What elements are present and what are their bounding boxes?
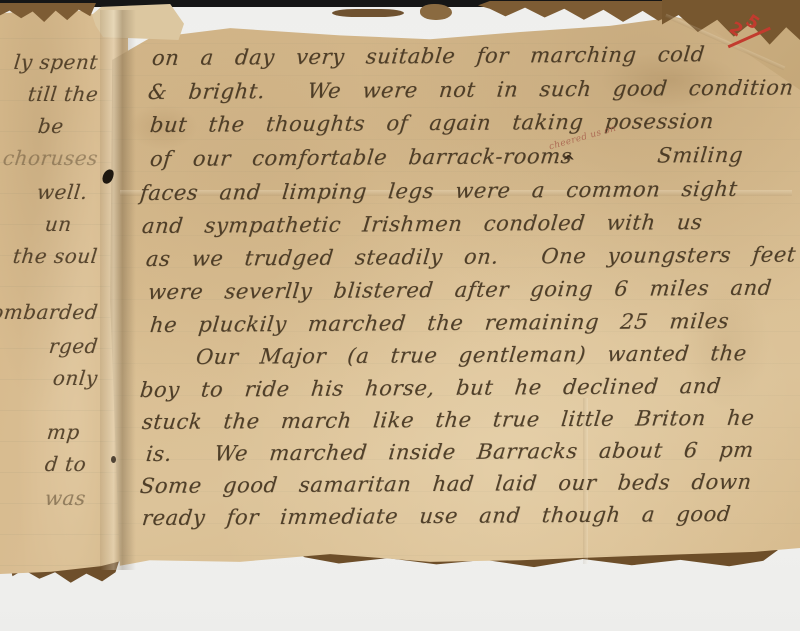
left-page-fragment: well. (36, 180, 89, 204)
left-page-fragment: d to (43, 452, 87, 476)
torn-scrap-top-blob (420, 4, 452, 20)
red-page-number-digit: 5 (742, 11, 763, 34)
left-page-fragment: choruses (2, 146, 99, 170)
left-page-fragment: ly spent (13, 50, 99, 74)
scanned-diary-page: on a day very suitable for marching cold… (0, 0, 800, 631)
handwritten-line: ready for immediate use and though a goo… (141, 502, 732, 530)
handwritten-line: were severlly blistered after going 6 mi… (147, 276, 773, 304)
left-page-fragment: till the (26, 82, 99, 106)
folded-corner-scrap (92, 4, 184, 40)
handwritten-line: and sympathetic Irishmen condoled with u… (141, 210, 704, 238)
handwritten-line: but the thoughts of again taking posessi… (149, 109, 715, 137)
handwritten-line: Our Major (a true gentleman) wanted the (195, 341, 748, 369)
torn-scrap-top-mid (332, 9, 404, 17)
left-page-fragment: mp (46, 420, 81, 444)
ink-speck (111, 456, 116, 463)
handwritten-line: he pluckily marched the remaining 25 mil… (149, 309, 731, 337)
handwritten-line: faces and limping legs were a common sig… (139, 177, 739, 205)
handwritten-line: as we trudged steadily on. One youngster… (145, 242, 797, 271)
left-page-fragment: only (52, 366, 99, 390)
left-page-fragment: the soul (12, 244, 99, 268)
handwritten-line: on a day very suitable for marching cold (151, 42, 706, 70)
left-page-fragment: rged (48, 334, 100, 358)
handwritten-line: & bright. We were not in such good condi… (147, 75, 795, 104)
handwritten-line: is. We marched inside Barracks about 6 p… (145, 438, 755, 466)
torn-scrap-top-row (478, 1, 674, 23)
left-page-fragment: bombarded (0, 300, 99, 324)
left-page-fragment: was (44, 486, 87, 510)
red-page-number-digit: 2 (725, 18, 746, 41)
insertion-caret-icon: ^ (562, 152, 575, 171)
left-page-fragment: un (44, 212, 73, 236)
left-page-fragment: be (37, 114, 65, 138)
handwritten-line: of our comfortable barrack-rooms Smiling (149, 143, 744, 171)
handwritten-line: boy to ride his horse, but he declined a… (139, 374, 722, 402)
handwritten-line: stuck the march like the true little Bri… (141, 406, 756, 434)
handwritten-line: Some good samaritan had laid our beds do… (139, 470, 753, 498)
